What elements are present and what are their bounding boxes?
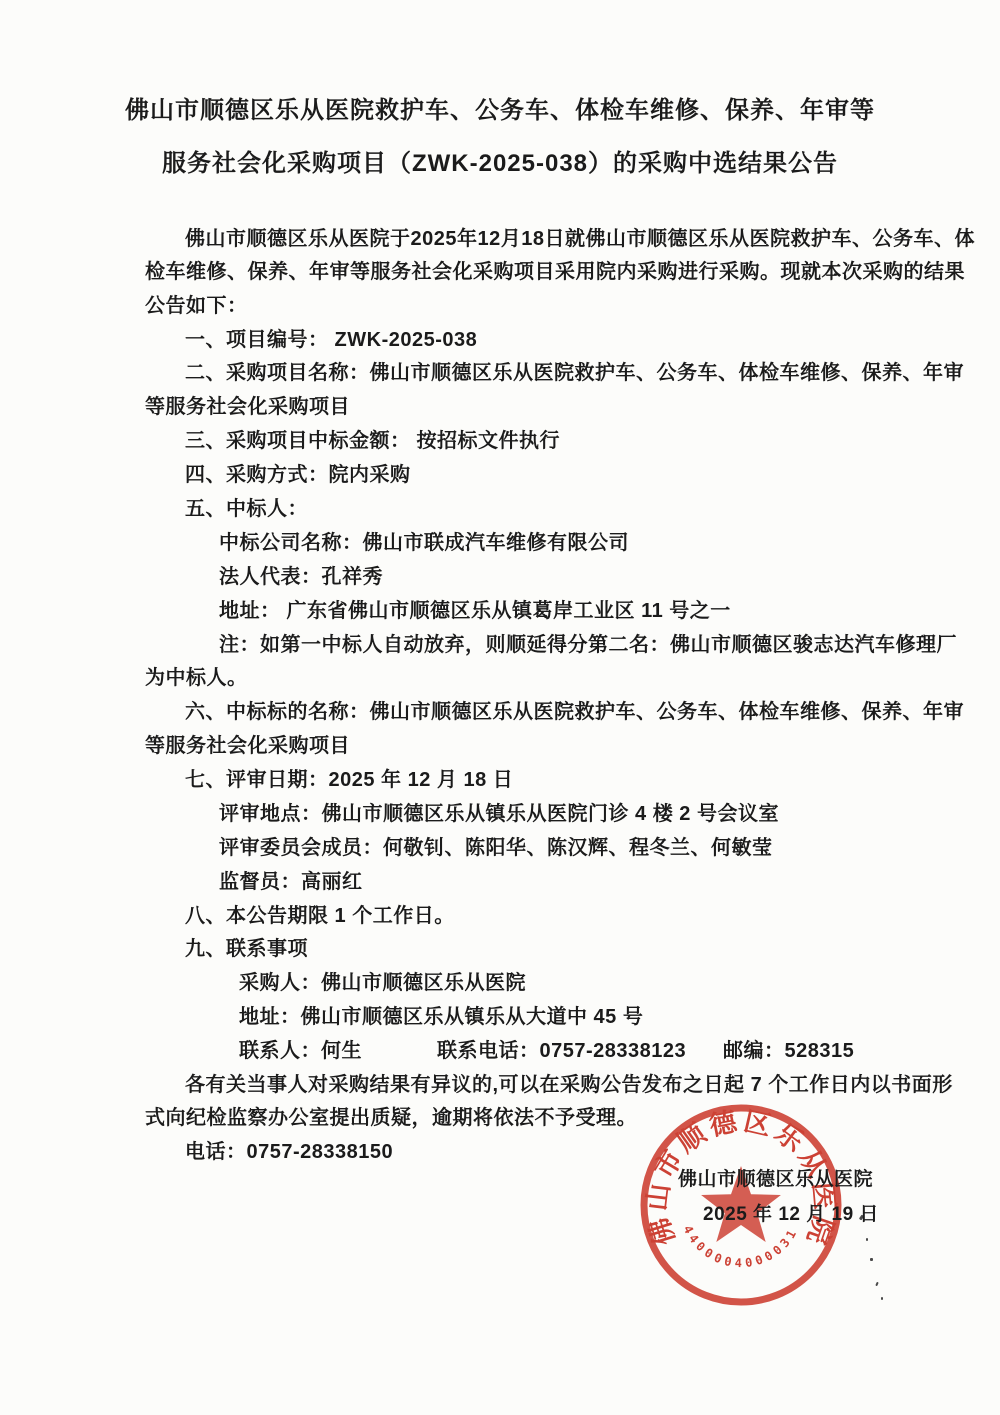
item-award-subject-cont: 等服务社会化采购项目	[145, 729, 350, 758]
document-title-line1: 佛山市顺德区乐从医院救护车、公务车、体检车维修、保养、年审等	[0, 90, 1000, 125]
contact-buyer: 采购人：佛山市顺德区乐从医院	[239, 966, 526, 995]
intro-line: 佛山市顺德区乐从医院于2025年12月18日就佛山市顺德区乐从医院救护车、公务车…	[185, 222, 975, 251]
contact-zip: 邮编：528315	[723, 1034, 854, 1063]
announcement-document: 佛山市顺德区乐从医院救护车、公务车、体检车维修、保养、年审等 服务社会化采购项目…	[0, 0, 1000, 1415]
review-place: 评审地点：佛山市顺德区乐从镇乐从医院门诊 4 楼 2 号会议室	[219, 797, 779, 826]
seal-code-text: 4400004000031	[680, 1223, 800, 1270]
item-project-name: 二、采购项目名称：佛山市顺德区乐从医院救护车、公务车、体检车维修、保养、年审	[185, 356, 964, 385]
item-review-date: 七、评审日期：2025 年 12 月 18 日	[185, 763, 513, 792]
winner-note-cont: 为中标人。	[145, 661, 248, 690]
intro-line: 检车维修、保养、年审等服务社会化采购项目采用院内采购进行采购。现就本次采购的结果	[145, 255, 965, 284]
item-notice-period: 八、本公告期限 1 个工作日。	[185, 899, 455, 928]
ink-speck	[866, 1238, 868, 1241]
contact-address: 地址：佛山市顺德区乐从镇乐从大道中 45 号	[239, 1000, 643, 1029]
objection-phone: 电话：0757-28338150	[185, 1135, 393, 1164]
document-title-line2: 服务社会化采购项目（ZWK-2025-038）的采购中选结果公告	[0, 143, 1000, 178]
contact-person: 联系人：何生	[239, 1040, 362, 1062]
winner-legal-rep: 法人代表：孔祥秀	[219, 560, 383, 589]
item-award-amount: 三、采购项目中标金额： 按招标文件执行	[185, 424, 560, 453]
item-project-number: 一、项目编号： ZWK-2025-038	[185, 323, 477, 352]
ink-speck	[875, 1282, 879, 1286]
ink-speck	[881, 1297, 883, 1300]
item-winner-heading: 五、中标人：	[185, 492, 308, 521]
contact-phone: 联系电话：0757-28338123	[437, 1034, 686, 1063]
winner-address: 地址： 广东省佛山市顺德区乐从镇葛岸工业区 11 号之一	[219, 594, 731, 623]
signature-date: 2025 年 12 月 19 日	[703, 1199, 879, 1226]
winner-company-name: 中标公司名称：佛山市联成汽车维修有限公司	[219, 526, 629, 555]
item-project-name-cont: 等服务社会化采购项目	[145, 390, 350, 419]
ink-speck	[870, 1258, 873, 1261]
winner-note-line: 注：如第一中标人自动放弃，则顺延得分第二名：佛山市顺德区骏志达汽车修理厂	[219, 628, 957, 657]
item-contact-heading: 九、联系事项	[185, 932, 308, 961]
signature-org: 佛山市顺德区乐从医院	[678, 1164, 873, 1191]
item-procure-method: 四、采购方式：院内采购	[185, 458, 411, 487]
review-supervisor: 监督员：高丽红	[219, 865, 363, 894]
objection-line: 各有关当事人对采购结果有异议的,可以在采购公告发布之日起 7 个工作日内以书面形	[185, 1068, 953, 1097]
contact-row: 联系人：何生 联系电话：0757-28338123 邮编：528315	[239, 1034, 1000, 1063]
review-committee: 评审委员会成员：何敬钊、陈阳华、陈汉辉、程冬兰、何敏莹	[219, 831, 773, 860]
objection-cont: 式向纪检监察办公室提出质疑，逾期将依法不予受理。	[145, 1101, 637, 1130]
item-award-subject: 六、中标标的名称：佛山市顺德区乐从医院救护车、公务车、体检车维修、保养、年审	[185, 695, 964, 724]
intro-line: 公告如下：	[145, 289, 248, 318]
